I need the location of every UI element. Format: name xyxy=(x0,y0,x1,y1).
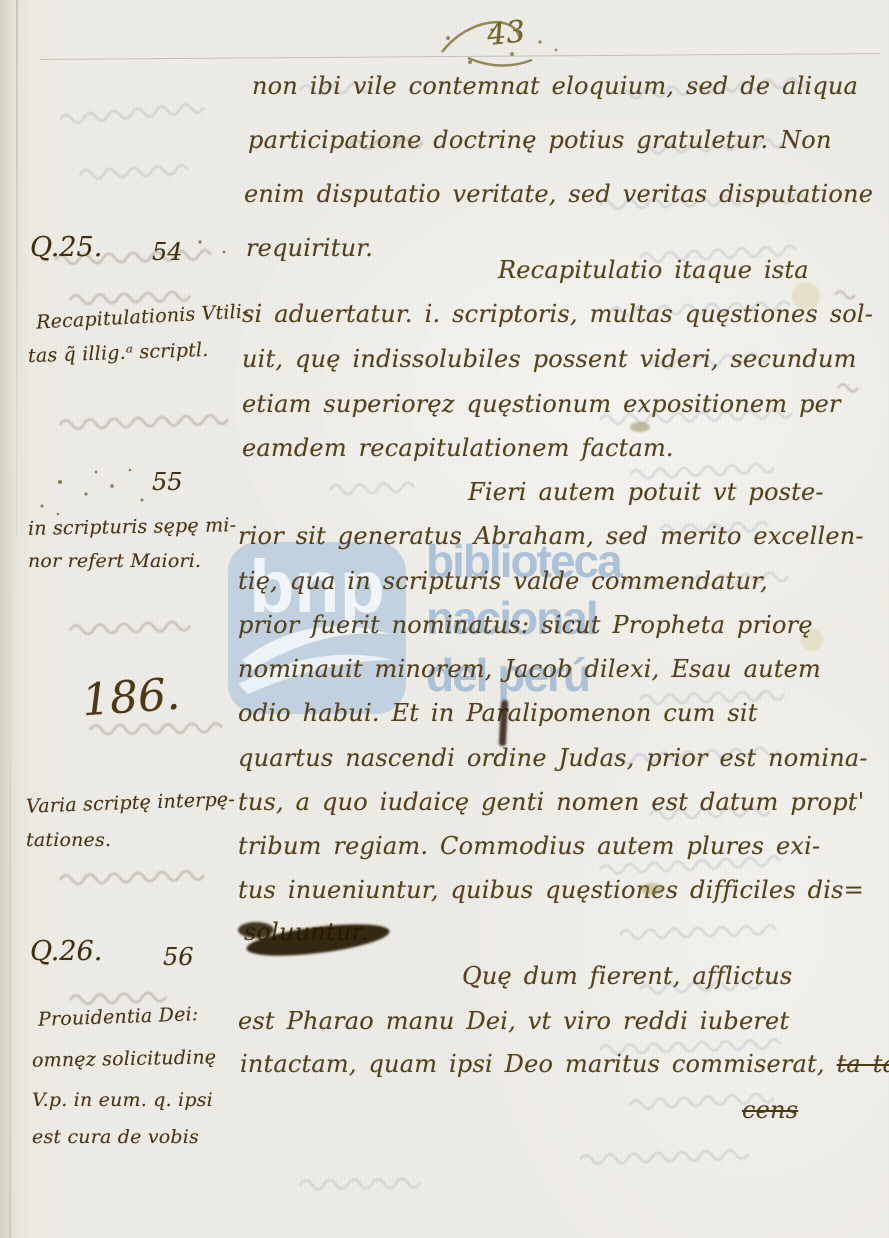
body-line: intactam, quam ipsi Deo maritus commiser… xyxy=(240,1050,889,1078)
margin-number-54: 54 xyxy=(152,238,183,266)
body-line: Fieri autem potuit vt poste- xyxy=(468,478,824,506)
body-line: enim disputatio veritate, sed veritas di… xyxy=(244,180,873,208)
body-line-text: intactam, quam ipsi Deo maritus commiser… xyxy=(240,1050,825,1078)
body-line: eamdem recapitulationem factam. xyxy=(242,434,674,462)
body-line: tię, qua in scripturis valde commendatur… xyxy=(238,567,768,595)
body-line: etiam superioręz quęstionum expositionem… xyxy=(242,390,841,418)
body-line: Recapitulatio itaque ista xyxy=(498,256,809,284)
body-line: quartus nascendi ordine Judas, prior est… xyxy=(238,744,868,772)
margin-question-number-25: Q.25. xyxy=(30,232,102,263)
body-line: tus inueniuntur, quibus quęstiones diffi… xyxy=(238,876,864,904)
struck-out-text: ta tacens xyxy=(837,1050,889,1078)
body-line: nominauit minorem, Jacob dilexi, Esau au… xyxy=(238,655,821,683)
margin-note-providentia-line3: V.p. in eum. q. ipsi xyxy=(32,1089,213,1111)
margin-number-56: 56 xyxy=(163,943,194,971)
margin-note-scripturis-line1: in scripturis sępę mi- xyxy=(28,514,237,540)
paper-crease xyxy=(9,470,11,1238)
body-line: est Pharao manu Dei, vt viro reddi iuber… xyxy=(238,1007,789,1035)
body-line: non ibi vile contemnat eloquium, sed de … xyxy=(252,72,858,100)
body-line: requiritur. xyxy=(246,234,373,262)
body-line: soluuntur. xyxy=(244,918,368,946)
manuscript-page-scan: bnp biblioteca nacional del perú 43 Q.25… xyxy=(0,0,889,1238)
paper-crease xyxy=(16,0,18,540)
margin-note-providentia-line2: omnęz solicitudinę xyxy=(32,1046,217,1071)
margin-note-scripturis-line2: nor refert Maiori. xyxy=(28,550,201,572)
body-line: rior sit generatus Abraham, sed merito e… xyxy=(238,522,864,550)
body-line: odio habui. Et in Paralipomenon cum sit xyxy=(238,699,758,727)
margin-number-55: 55 xyxy=(152,468,183,496)
margin-note-varia-line2: tationes. xyxy=(26,829,111,851)
body-line: Quę dum fierent, afflictus xyxy=(462,962,792,990)
body-line: prior fuerit nominatus: sicut Propheta p… xyxy=(238,611,813,639)
margin-question-number-26: Q.26. xyxy=(30,936,102,967)
body-line: uit, quę indissolubiles possent videri, … xyxy=(242,345,857,373)
body-line: tus, a quo iudaicę genti nomen est datum… xyxy=(238,788,864,816)
body-line: si aduertatur. i. scriptoris, multas quę… xyxy=(242,300,873,328)
margin-note-providentia-line4: est cura de vobis xyxy=(32,1126,199,1148)
folio-number: 43 xyxy=(485,14,527,53)
body-line: tribum regiam. Commodius autem plures ex… xyxy=(238,832,820,860)
struck-out-text: cens xyxy=(742,1096,798,1124)
margin-number-186: 186. xyxy=(80,669,181,727)
body-line: participatione doctrinę potius gratuletu… xyxy=(248,126,832,154)
